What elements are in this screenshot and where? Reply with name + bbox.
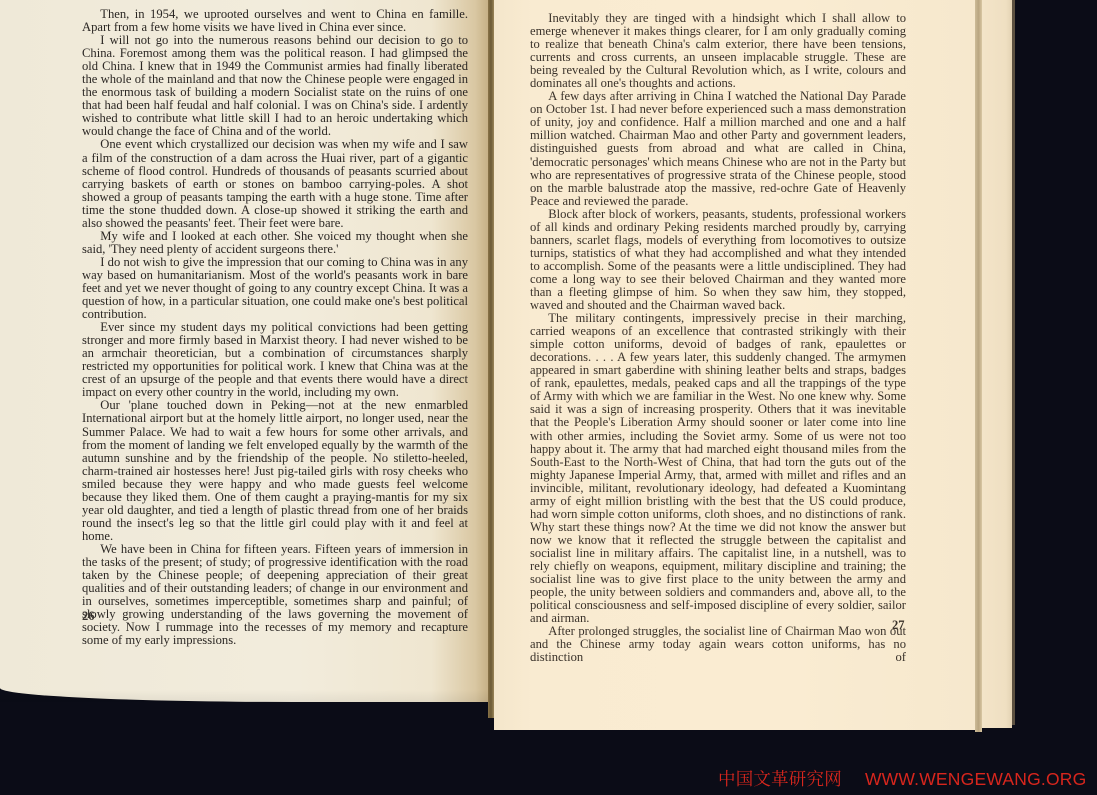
paragraph: Then, in 1954, we uprooted ourselves and…	[82, 8, 468, 34]
watermark-chinese-title: 中国文革研究网	[718, 769, 842, 789]
paragraph: We have been in China for fifteen years.…	[82, 543, 468, 647]
paragraph: Our 'plane touched down in Peking—not at…	[82, 399, 468, 543]
paragraph: A few days after arriving in China I wat…	[530, 90, 906, 207]
paragraph: Block after block of workers, peasants, …	[530, 208, 906, 312]
right-page-text: Inevitably they are tinged with a hindsi…	[530, 12, 906, 664]
paragraph: My wife and I looked at each other. She …	[82, 230, 468, 256]
stacked-page-edges	[982, 0, 1012, 728]
page-number-left: 26	[82, 609, 95, 624]
page-edge-shadow	[975, 0, 982, 732]
book-cover-edge	[1012, 0, 1015, 725]
page-number-right: 27	[892, 618, 905, 633]
paragraph: Inevitably they are tinged with a hindsi…	[530, 12, 906, 90]
watermark-url: WWW.WENGEWANG.ORG	[865, 769, 1086, 789]
site-watermark: 中国文革研究网 WWW.WENGEWANG.ORG	[718, 766, 1086, 791]
paragraph: After prolonged struggles, the socialist…	[530, 625, 906, 664]
paragraph: I do not wish to give the impression tha…	[82, 256, 468, 321]
paragraph: I will not go into the numerous reasons …	[82, 34, 468, 138]
paragraph: One event which crystallized our decisio…	[82, 138, 468, 229]
paragraph: The military contingents, impressively p…	[530, 312, 906, 625]
left-page-text: Then, in 1954, we uprooted ourselves and…	[82, 8, 468, 647]
paragraph: Ever since my student days my political …	[82, 321, 468, 399]
book-scan: Then, in 1954, we uprooted ourselves and…	[0, 0, 1097, 795]
